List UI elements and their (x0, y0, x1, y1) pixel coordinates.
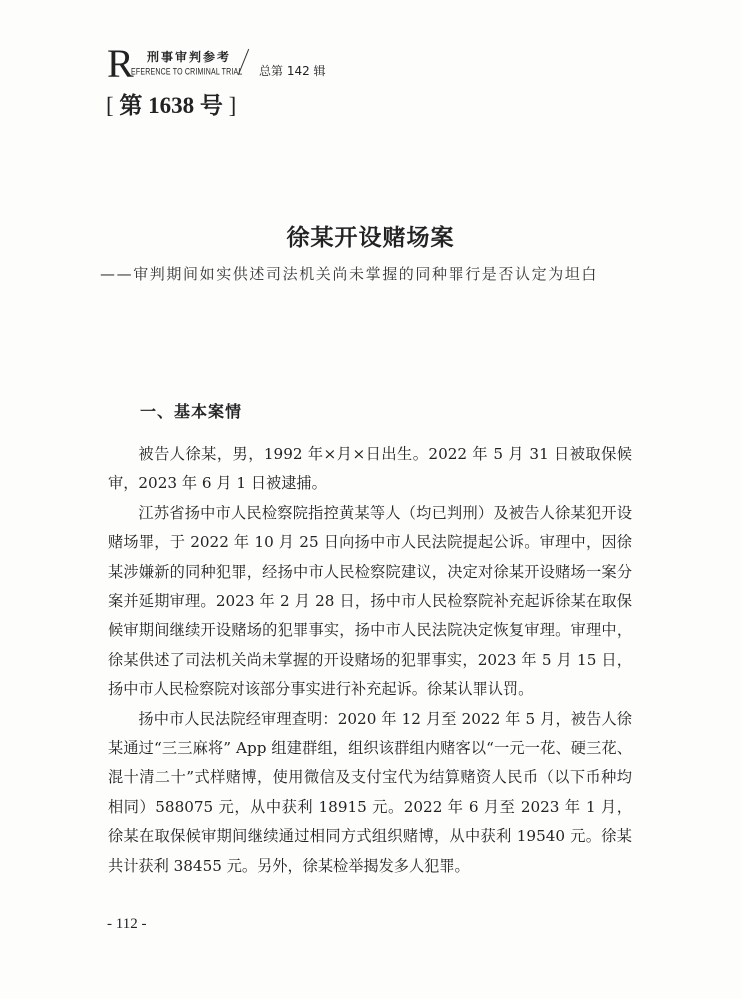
journal-logo-letter: R (107, 44, 134, 84)
page-number: - 112 - (107, 916, 146, 933)
journal-name-en: EFERENCE TO CRIMINAL TRIAL (131, 68, 243, 77)
paragraph: 扬中市人民法院经审理查明：2020 年 12 月至 2022 年 5 月，被告人… (108, 705, 632, 881)
body-text: 被告人徐某，男，1992 年×月×日出生。2022 年 5 月 31 日被取保候… (108, 440, 632, 881)
volume-label: 总第 142 辑 (259, 62, 326, 79)
article-title: 徐某开设赌场案 (0, 219, 741, 252)
case-number-text: 第 1638 号 (119, 93, 223, 118)
journal-name-cn: 刑事审判参考 (147, 48, 231, 65)
section-heading: 一、基本案情 (140, 399, 242, 422)
header-divider (238, 49, 249, 75)
article-subtitle: ——审判期间如实供述司法机关尚未掌握的同种罪行是否认定为坦白 (100, 263, 598, 284)
paragraph: 江苏省扬中市人民检察院指控黄某等人（均已判刑）及被告人徐某犯开设赌场罪，于 20… (108, 499, 632, 705)
paragraph: 被告人徐某，男，1992 年×月×日出生。2022 年 5 月 31 日被取保候… (108, 440, 632, 499)
case-number: [ 第 1638 号 ] (106, 87, 236, 120)
